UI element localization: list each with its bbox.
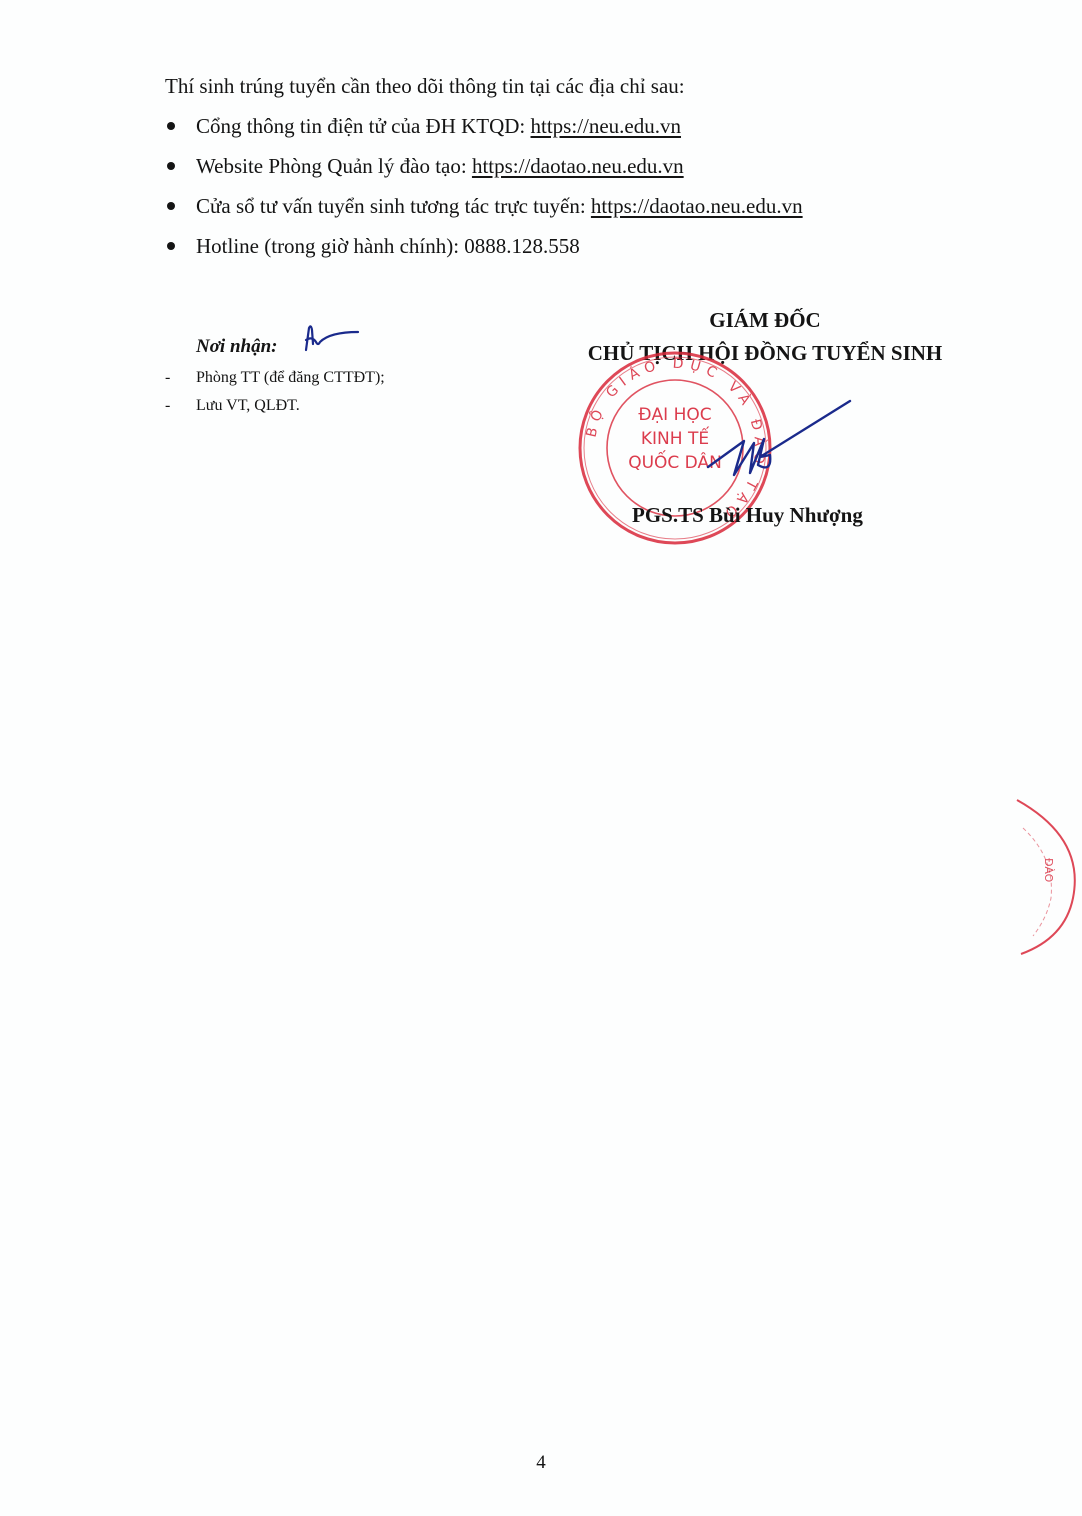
contact-label: Cửa sổ tư vấn tuyển sinh tương tác trực … — [196, 194, 591, 218]
council-chair-title: CHỦ TỊCH HỘI ĐỒNG TUYỂN SINH — [560, 339, 970, 367]
contact-list: Cổng thông tin điện tử của ĐH KTQD: http… — [165, 112, 803, 272]
partial-seal-text: ĐÀO — [1042, 858, 1055, 883]
handwritten-signature-icon — [700, 395, 860, 485]
contact-item-training-website: Website Phòng Quản lý đào tạo: https://d… — [165, 152, 803, 192]
recipients-label: Nơi nhận: — [196, 336, 277, 358]
recipient-item: -Phòng TT (để đăng CTTĐT); — [165, 367, 385, 395]
seal-inner-line: KINH TẾ — [641, 425, 709, 449]
seal-inner-line: ĐẠI HỌC — [638, 405, 711, 425]
intro-text: Thí sinh trúng tuyển cần theo dõi thông … — [165, 72, 685, 100]
portal-link[interactable]: https://neu.edu.vn — [531, 114, 682, 138]
recipient-item: -Lưu VT, QLĐT. — [165, 395, 385, 423]
contact-item-hotline: Hotline (trong giờ hành chính): 0888.128… — [165, 232, 803, 272]
initial-signature-icon — [300, 322, 360, 356]
signer-name: PGS.TS Bùi Huy Nhượng — [632, 503, 863, 528]
seal-outer-text: BỘ GIÁO DỤC VÀ ĐÀO TẠO — [584, 356, 769, 525]
seal-inner-line: QUỐC DÂN — [628, 449, 722, 473]
contact-label: Website Phòng Quản lý đào tạo: — [196, 154, 472, 178]
contact-item-portal: Cổng thông tin điện tử của ĐH KTQD: http… — [165, 112, 803, 152]
training-website-link[interactable]: https://daotao.neu.edu.vn — [472, 154, 684, 178]
bullet-icon — [167, 122, 175, 130]
partial-seal-icon: ĐÀO — [1015, 798, 1082, 958]
contact-item-online-advice: Cửa sổ tư vấn tuyển sinh tương tác trực … — [165, 192, 803, 232]
bullet-icon — [167, 202, 175, 210]
bullet-icon — [167, 162, 175, 170]
bullet-icon — [167, 242, 175, 250]
contact-label: Cổng thông tin điện tử của ĐH KTQD: — [196, 114, 531, 138]
svg-text:BỘ GIÁO DỤC VÀ ĐÀO TẠO: BỘ GIÁO DỤC VÀ ĐÀO TẠO — [584, 356, 769, 525]
hotline-text: Hotline (trong giờ hành chính): 0888.128… — [196, 234, 580, 258]
online-advice-link[interactable]: https://daotao.neu.edu.vn — [591, 194, 803, 218]
director-title: GIÁM ĐỐC — [560, 306, 970, 334]
page-number: 4 — [0, 1452, 1082, 1474]
